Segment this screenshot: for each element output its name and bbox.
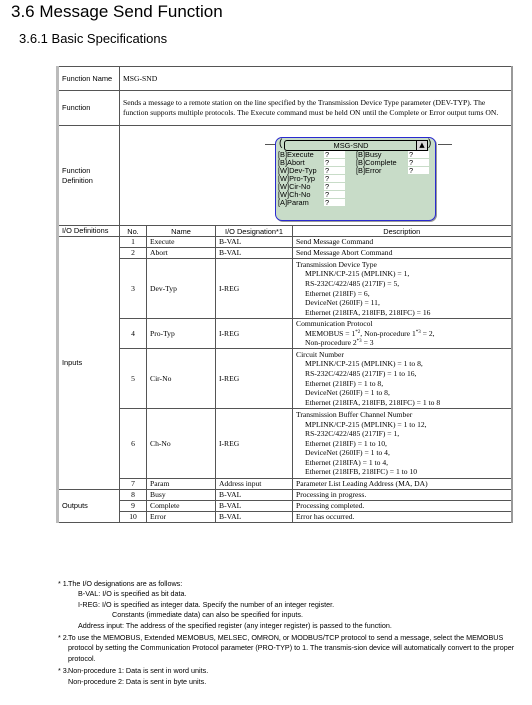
- inputs-label: Inputs: [58, 237, 120, 490]
- description-line: Ethernet (218IF) = 1 to 8,: [296, 379, 508, 389]
- input-pin-value[interactable]: ?: [324, 159, 345, 166]
- table-row: 3Dev-TypI-REGTransmission Device TypeMPL…: [58, 259, 512, 319]
- description-line: DeviceNet (260IF) = 1 to 4,: [296, 448, 508, 458]
- description-title: Processing in progress.: [296, 490, 508, 500]
- footnotes: * 1.The I/O designations are as follows:…: [58, 579, 518, 687]
- footnote-mark: * 3.: [58, 666, 69, 676]
- function-definition-cell: ( MSG-SND ▲ ) [B]Execute?[B]Abort?[W]Dev…: [120, 126, 512, 226]
- footnote-mark: * 1.: [58, 579, 69, 589]
- table-row: 2AbortB-VALSend Message Abort Command: [58, 248, 512, 259]
- description-line: Ethernet (218IFA, 218IFB, 218IFC) = 16: [296, 308, 508, 318]
- output-pin-value[interactable]: ?: [408, 167, 429, 174]
- paren-left: (: [279, 138, 282, 149]
- row-name: Pro-Typ: [147, 319, 216, 349]
- function-definition-label: Function Definition: [58, 126, 120, 226]
- table-row: 4Pro-TypI-REGCommunication ProtocolMEMOB…: [58, 319, 512, 349]
- description-line: DeviceNet (260IF) = 11,: [296, 298, 508, 308]
- row-no: 3: [120, 259, 147, 319]
- description-line: Ethernet (218IF) = 6,: [296, 289, 508, 299]
- row-no: 2: [120, 248, 147, 259]
- function-label: Function: [58, 91, 120, 126]
- table-row: 9CompleteB-VALProcessing completed.: [58, 501, 512, 512]
- row-name: Abort: [147, 248, 216, 259]
- row-description: Send Message Command: [293, 237, 512, 248]
- footnote-line: The I/O designations are as follows:: [68, 579, 518, 589]
- footnote-line: I-REG: I/O is specified as integer data.…: [68, 600, 518, 610]
- function-name-label: Function Name: [58, 67, 120, 91]
- input-pin-value[interactable]: ?: [324, 167, 345, 174]
- input-pin-value[interactable]: ?: [324, 183, 345, 190]
- column-header-description: Description: [293, 226, 512, 237]
- outputs-label: Outputs: [58, 490, 120, 523]
- description-title: Communication Protocol: [296, 319, 508, 329]
- function-name-value: MSG-SND: [120, 67, 512, 91]
- row-io-designation: B-VAL: [216, 248, 293, 259]
- row-name: Error: [147, 512, 216, 523]
- description-line: Ethernet (218IFB, 218IFC) = 1 to 10: [296, 467, 508, 477]
- description-line: DeviceNet (260IF) = 1 to 8,: [296, 388, 508, 398]
- description-line: Ethernet (218IFA) = 1 to 4,: [296, 458, 508, 468]
- input-pin-value[interactable]: ?: [324, 151, 345, 158]
- description-title: Transmission Device Type: [296, 260, 508, 270]
- row-io-designation: I-REG: [216, 319, 293, 349]
- description-line: MEMOBUS = 1*2, Non-procedure 1*3 = 2,: [296, 329, 508, 339]
- row-name: Complete: [147, 501, 216, 512]
- row-io-designation: B-VAL: [216, 237, 293, 248]
- table-row: Outputs8BusyB-VALProcessing in progress.: [58, 490, 512, 501]
- description-title: Processing completed.: [296, 501, 508, 511]
- row-no: 6: [120, 409, 147, 479]
- row-io-designation: Address input: [216, 479, 293, 490]
- footnote-line: Non-procedure 1: Data is sent in word un…: [68, 666, 518, 676]
- footnote-line: Address input: The address of the specif…: [68, 621, 518, 631]
- row-name: Dev-Typ: [147, 259, 216, 319]
- row-io-designation: I-REG: [216, 349, 293, 409]
- section-heading: 3.6 Message Send Function: [11, 2, 223, 22]
- input-pin-value[interactable]: ?: [324, 191, 345, 198]
- row-description: Communication ProtocolMEMOBUS = 1*2, Non…: [293, 319, 512, 349]
- description-line: MPLINK/CP-215 (MPLINK) = 1 to 8,: [296, 359, 508, 369]
- footnote: * 2.To use the MEMOBUS, Extended MEMOBUS…: [58, 633, 518, 664]
- row-description: Circuit NumberMPLINK/CP-215 (MPLINK) = 1…: [293, 349, 512, 409]
- spec-table: Function Name MSG-SND Function Sends a m…: [56, 66, 513, 523]
- table-row: 6Ch-NoI-REGTransmission Buffer Channel N…: [58, 409, 512, 479]
- row-io-designation: I-REG: [216, 409, 293, 479]
- footnote-line: B-VAL: I/O is specified as bit data.: [68, 589, 518, 599]
- row-name: Cir-No: [147, 349, 216, 409]
- row-name: Busy: [147, 490, 216, 501]
- function-block-title: MSG-SND: [284, 140, 418, 151]
- row-description: Processing completed.: [293, 501, 512, 512]
- row-no: 7: [120, 479, 147, 490]
- paren-right: ): [428, 138, 431, 149]
- footnote-line: Non-procedure 2: Data is sent in byte un…: [68, 677, 518, 687]
- description-title: Circuit Number: [296, 350, 508, 360]
- column-header-no: No.: [120, 226, 147, 237]
- row-name: Ch-No: [147, 409, 216, 479]
- description-line: RS-232C/422/485 (217IF) = 5,: [296, 279, 508, 289]
- column-header-io: I/O Designation*1: [216, 226, 293, 237]
- row-no: 4: [120, 319, 147, 349]
- footnote: * 3.Non-procedure 1: Data is sent in wor…: [58, 666, 518, 687]
- row-no: 8: [120, 490, 147, 501]
- row-io-designation: I-REG: [216, 259, 293, 319]
- description-line: RS-232C/422/485 (217IF) = 1,: [296, 429, 508, 439]
- row-io-designation: B-VAL: [216, 512, 293, 523]
- description-line: RS-232C/422/485 (217IF) = 1 to 16,: [296, 369, 508, 379]
- description-title: Send Message Abort Command: [296, 248, 508, 258]
- footnote-line: Constants (immediate data) can also be s…: [68, 610, 518, 620]
- column-header-name: Name: [147, 226, 216, 237]
- footnote-line: To use the MEMOBUS, Extended MEMOBUS, ME…: [68, 633, 518, 664]
- io-definitions-label: I/O Definitions: [58, 226, 120, 237]
- description-line: MPLINK/CP-215 (MPLINK) = 1 to 12,: [296, 420, 508, 430]
- row-no: 10: [120, 512, 147, 523]
- function-description: Sends a message to a remote station on t…: [120, 91, 512, 126]
- output-pin-value[interactable]: ?: [408, 151, 429, 158]
- table-row: 10ErrorB-VALError has occurred.: [58, 512, 512, 523]
- description-line: Non-procedure 2*3 = 3: [296, 338, 508, 348]
- row-description: Send Message Abort Command: [293, 248, 512, 259]
- row-description: Parameter List Leading Address (MA, DA): [293, 479, 512, 490]
- footnote-mark: * 2.: [58, 633, 69, 643]
- description-line: MPLINK/CP-215 (MPLINK) = 1,: [296, 269, 508, 279]
- row-io-designation: B-VAL: [216, 501, 293, 512]
- subsection-heading: 3.6.1 Basic Specifications: [19, 31, 167, 46]
- output-pin-name: [B]Error: [356, 167, 400, 175]
- input-pin-value[interactable]: ?: [324, 175, 345, 182]
- description-title: Error has occurred.: [296, 512, 508, 522]
- row-no: 1: [120, 237, 147, 248]
- input-pin-name: [A]Param: [278, 199, 322, 207]
- description-line: Ethernet (218IFA, 218IFB, 218IFC) = 1 to…: [296, 398, 508, 408]
- description-line: Ethernet (218IF) = 1 to 10,: [296, 439, 508, 449]
- table-row: 7ParamAddress inputParameter List Leadin…: [58, 479, 512, 490]
- row-description: Transmission Device TypeMPLINK/CP-215 (M…: [293, 259, 512, 319]
- input-pin-value[interactable]: ?: [324, 199, 345, 206]
- table-row: Inputs1ExecuteB-VALSend Message Command: [58, 237, 512, 248]
- expand-icon[interactable]: ▲: [416, 140, 428, 151]
- row-description: Error has occurred.: [293, 512, 512, 523]
- table-row: 5Cir-NoI-REGCircuit NumberMPLINK/CP-215 …: [58, 349, 512, 409]
- description-title: Parameter List Leading Address (MA, DA): [296, 479, 508, 489]
- row-name: Execute: [147, 237, 216, 248]
- row-name: Param: [147, 479, 216, 490]
- row-no: 5: [120, 349, 147, 409]
- function-block[interactable]: ( MSG-SND ▲ ) [B]Execute?[B]Abort?[W]Dev…: [275, 137, 436, 221]
- row-description: Processing in progress.: [293, 490, 512, 501]
- footnote: * 1.The I/O designations are as follows:…: [58, 579, 518, 631]
- description-title: Transmission Buffer Channel Number: [296, 410, 508, 420]
- output-pin-value[interactable]: ?: [408, 159, 429, 166]
- output-wire: [438, 144, 452, 145]
- row-no: 9: [120, 501, 147, 512]
- description-title: Send Message Command: [296, 237, 508, 247]
- row-io-designation: B-VAL: [216, 490, 293, 501]
- row-description: Transmission Buffer Channel NumberMPLINK…: [293, 409, 512, 479]
